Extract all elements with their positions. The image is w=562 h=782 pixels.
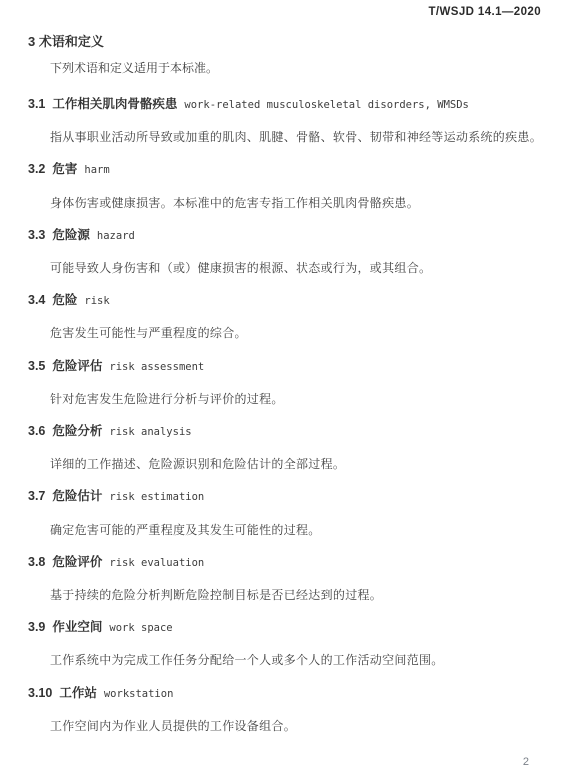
term-heading: 3.3危险源hazard	[28, 219, 544, 252]
term-definition: 基于持续的危险分析判断危险控制目标是否已经达到的过程。	[28, 579, 544, 611]
term-heading: 3.8危险评价risk evaluation	[28, 546, 544, 579]
section-heading: 3 术语和定义	[28, 34, 104, 50]
term-heading: 3.2危害harm	[28, 153, 544, 186]
term-number: 3.7	[28, 489, 45, 503]
term-heading: 3.1工作相关肌肉骨骼疾患work-related musculoskeleta…	[28, 88, 544, 121]
term-heading: 3.7危险估计risk estimation	[28, 480, 544, 513]
document-code: T/WSJD 14.1—2020	[428, 6, 541, 18]
term-en: risk estimation	[109, 491, 204, 503]
term-en: work space	[109, 622, 172, 634]
section-intro: 下列术语和定义适用于本标准。	[50, 60, 218, 76]
term-en: risk assessment	[109, 361, 204, 373]
term-zh: 危险源	[52, 228, 90, 242]
term-number: 3.8	[28, 555, 45, 569]
terms-list: 3.1工作相关肌肉骨骼疾患work-related musculoskeleta…	[28, 88, 544, 742]
term-definition: 可能导致人身伤害和（或）健康损害的根源、状态或行为，或其组合。	[28, 252, 544, 284]
term-heading: 3.5危险评估risk assessment	[28, 350, 544, 383]
page-number: 2	[523, 756, 529, 768]
term-definition: 工作空间内为作业人员提供的工作设备组合。	[28, 710, 544, 742]
term-en: risk evaluation	[109, 557, 204, 569]
term-en: harm	[84, 164, 109, 176]
term-heading: 3.4危险risk	[28, 284, 544, 317]
term-zh: 危险评价	[52, 555, 102, 569]
term-heading: 3.10工作站workstation	[28, 677, 544, 710]
term-zh: 工作相关肌肉骨骼疾患	[52, 97, 177, 111]
term-en: hazard	[97, 230, 135, 242]
term-zh: 作业空间	[52, 620, 102, 634]
term-definition: 身体伤害或健康损害。本标准中的危害专指工作相关肌肉骨骼疾患。	[28, 187, 544, 219]
term-definition: 工作系统中为完成工作任务分配给一个人或多个人的工作活动空间范围。	[28, 644, 544, 676]
term-definition: 指从事职业活动所导致或加重的肌肉、肌腱、骨骼、软骨、韧带和神经等运动系统的疾患。	[28, 121, 544, 153]
term-number: 3.5	[28, 359, 45, 373]
term-definition: 针对危害发生危险进行分析与评价的过程。	[28, 383, 544, 415]
term-heading: 3.6危险分析risk analysis	[28, 415, 544, 448]
term-zh: 危险估计	[52, 489, 102, 503]
term-en: risk analysis	[109, 426, 191, 438]
document-page: T/WSJD 14.1—2020 3 术语和定义 下列术语和定义适用于本标准。 …	[0, 0, 562, 782]
term-zh: 危险	[52, 293, 77, 307]
term-heading: 3.9作业空间work space	[28, 611, 544, 644]
term-zh: 工作站	[59, 686, 97, 700]
term-definition: 详细的工作描述、危险源识别和危险估计的全部过程。	[28, 448, 544, 480]
term-zh: 危险分析	[52, 424, 102, 438]
term-number: 3.3	[28, 228, 45, 242]
term-number: 3.6	[28, 424, 45, 438]
term-definition: 确定危害可能的严重程度及其发生可能性的过程。	[28, 514, 544, 546]
term-number: 3.2	[28, 162, 45, 176]
term-number: 3.1	[28, 97, 45, 111]
term-zh: 危害	[52, 162, 77, 176]
term-en: workstation	[104, 688, 174, 700]
term-number: 3.10	[28, 686, 52, 700]
term-en: risk	[84, 295, 109, 307]
term-en: work-related musculoskeletal disorders, …	[184, 99, 468, 111]
term-definition: 危害发生可能性与严重程度的综合。	[28, 317, 544, 349]
term-number: 3.9	[28, 620, 45, 634]
term-zh: 危险评估	[52, 359, 102, 373]
term-number: 3.4	[28, 293, 45, 307]
